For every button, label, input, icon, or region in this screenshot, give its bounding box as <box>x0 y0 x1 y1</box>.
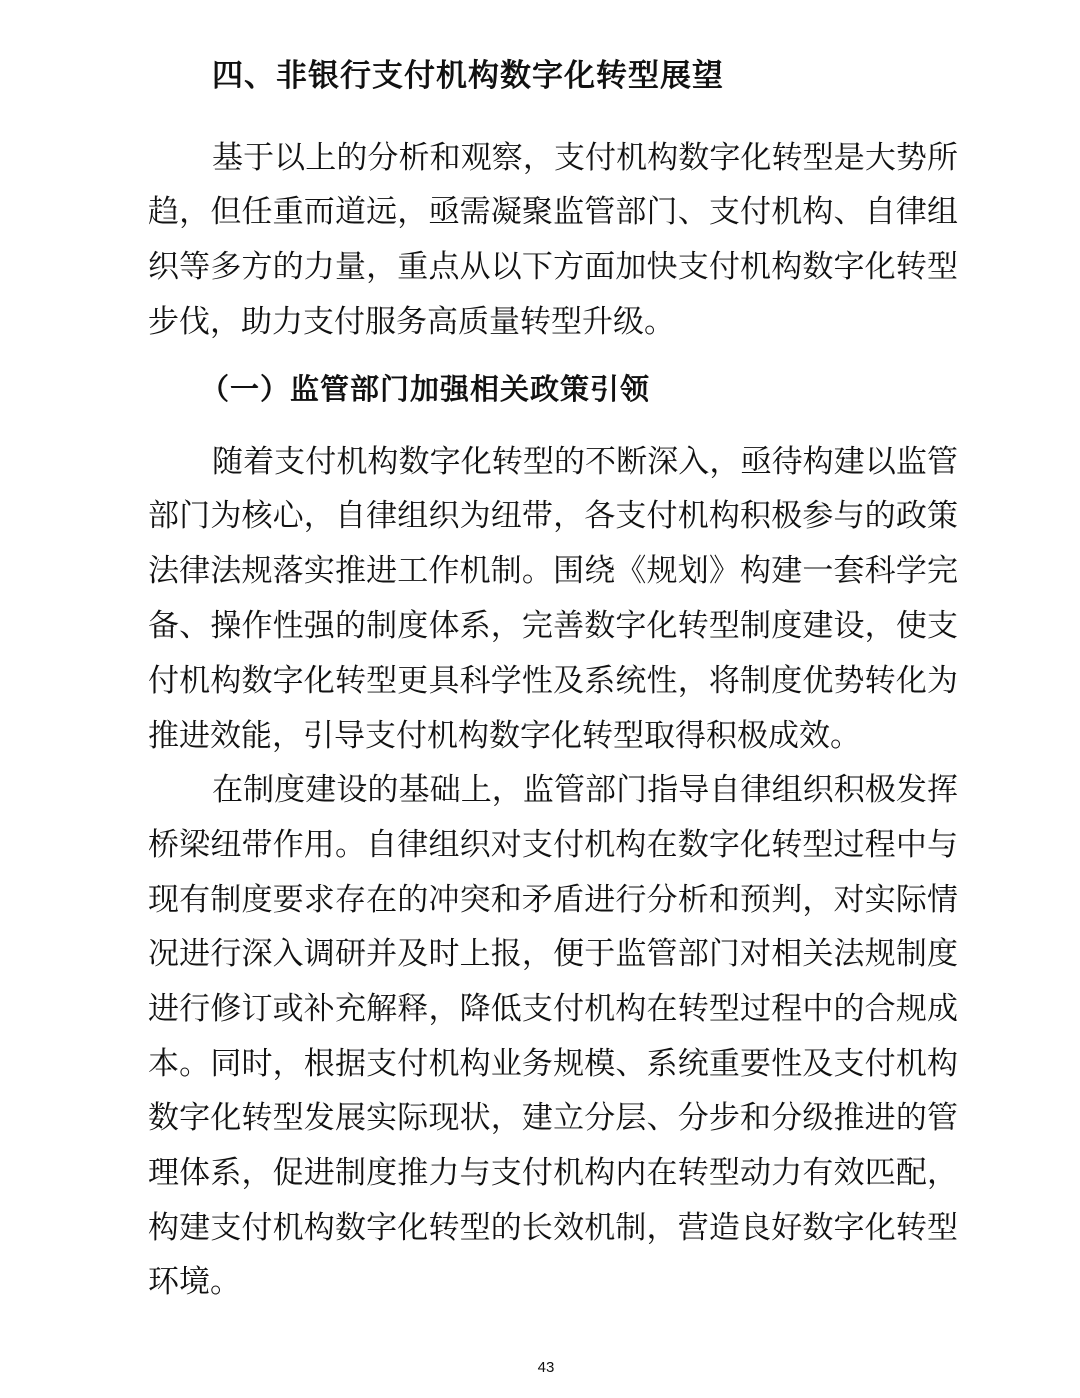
intro-paragraph-line: 基于以上的分析和观察，支付机构数字化转型是大势所 <box>212 136 958 180</box>
section-heading: 四、非银行支付机构数字化转型展望 <box>212 52 724 100</box>
subsection-heading: （一）监管部门加强相关政策引领 <box>200 365 650 413</box>
paragraph-line: 进行修订或补充解释，降低支付机构在转型过程中的合规成 <box>148 987 958 1031</box>
intro-paragraph-line: 趋，但任重而道远，亟需凝聚监管部门、支付机构、自律组 <box>148 190 958 234</box>
paragraph-line: 随着支付机构数字化转型的不断深入，亟待构建以监管 <box>212 440 958 484</box>
paragraph-line: 构建支付机构数字化转型的长效机制，营造良好数字化转型 <box>148 1206 958 1250</box>
intro-paragraph-line: 步伐，助力支付服务高质量转型升级。 <box>148 300 958 344</box>
paragraph-line: 桥梁纽带作用。自律组织对支付机构在数字化转型过程中与 <box>148 823 958 867</box>
intro-paragraph-line: 织等多方的力量，重点从以下方面加快支付机构数字化转型 <box>148 245 958 289</box>
document-page: 四、非银行支付机构数字化转型展望 基于以上的分析和观察，支付机构数字化转型是大势… <box>0 0 1080 1398</box>
paragraph-line: 现有制度要求存在的冲突和矛盾进行分析和预判，对实际情 <box>148 878 958 922</box>
page-number: 43 <box>532 1358 560 1378</box>
paragraph-line: 本。同时，根据支付机构业务规模、系统重要性及支付机构 <box>148 1042 958 1086</box>
paragraph-line: 备、操作性强的制度体系，完善数字化转型制度建设，使支 <box>148 604 958 648</box>
paragraph-line: 环境。 <box>148 1260 958 1304</box>
paragraph-line: 法律法规落实推进工作机制。围绕《规划》构建一套科学完 <box>148 549 958 593</box>
paragraph-line: 理体系，促进制度推力与支付机构内在转型动力有效匹配， <box>148 1151 958 1195</box>
paragraph-line: 部门为核心，自律组织为纽带，各支付机构积极参与的政策 <box>148 494 958 538</box>
paragraph-line: 付机构数字化转型更具科学性及系统性，将制度优势转化为 <box>148 659 958 703</box>
paragraph-line: 推进效能，引导支付机构数字化转型取得积极成效。 <box>148 714 958 758</box>
paragraph-line: 在制度建设的基础上，监管部门指导自律组织积极发挥 <box>212 768 958 812</box>
paragraph-line: 况进行深入调研并及时上报，便于监管部门对相关法规制度 <box>148 932 958 976</box>
paragraph-line: 数字化转型发展实际现状，建立分层、分步和分级推进的管 <box>148 1096 958 1140</box>
